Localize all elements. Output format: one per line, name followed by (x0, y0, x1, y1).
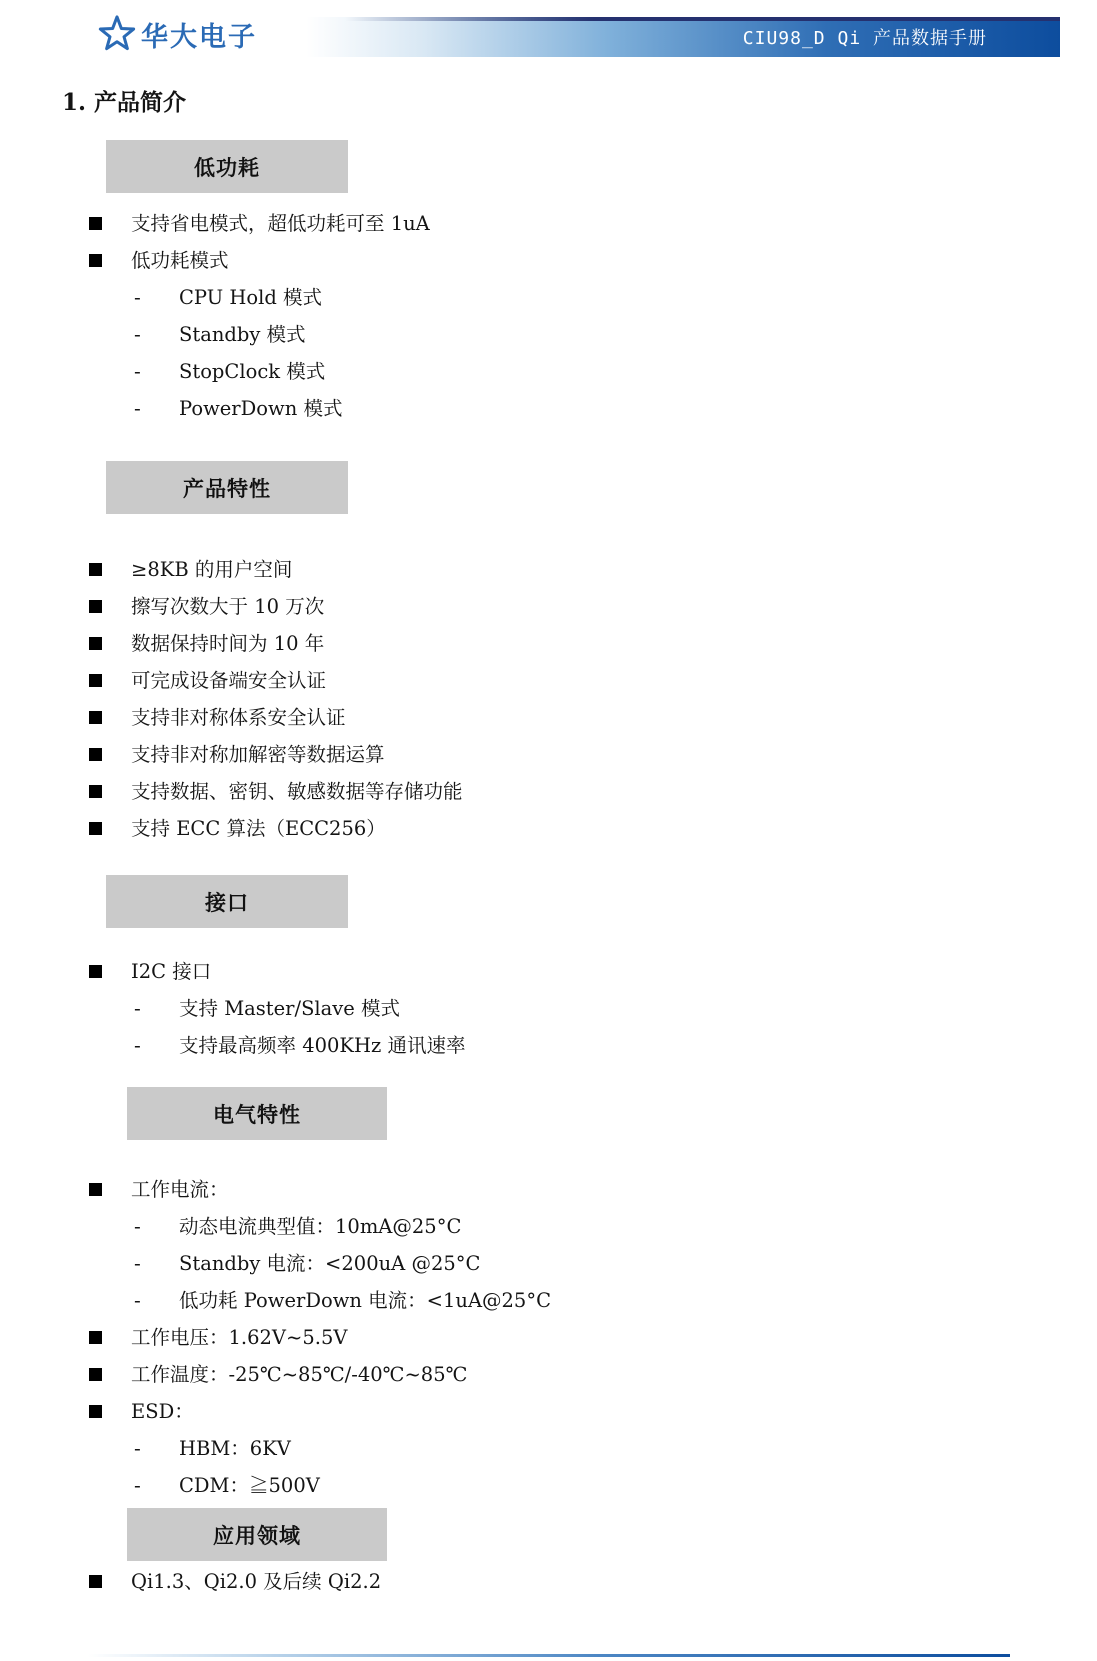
dash-bullet-icon (134, 316, 141, 353)
bullet-item: 数据保持时间为 10 年 (88, 625, 1048, 662)
bullet-item: 支持 ECC 算法（ECC256） (88, 810, 1048, 847)
dash-bullet-icon (134, 353, 141, 390)
bullet-text: Standby 电流：<200uA @25°C (179, 1252, 480, 1275)
dash-bullet-icon (134, 1208, 141, 1245)
bullet-text: CPU Hold 模式 (179, 286, 322, 309)
section-box-low-power: 低功耗 (106, 140, 348, 193)
bullet-text: 工作电流： (131, 1178, 229, 1201)
company-logo: 华大电子 (98, 14, 257, 54)
features-list: ≥8KB 的用户空间 擦写次数大于 10 万次 数据保持时间为 10 年 可完成… (88, 551, 1048, 847)
bullet-item: ESD： (88, 1393, 1048, 1430)
section-box-features: 产品特性 (106, 461, 348, 514)
bullet-text: 工作温度：-25℃~85℃/-40℃~85℃ (131, 1363, 467, 1386)
bullet-text: ≥8KB 的用户空间 (131, 558, 292, 581)
bullet-item: I2C 接口 (88, 953, 1048, 990)
bullet-text: 支持数据、密钥、敏感数据等存储功能 (131, 780, 463, 803)
sub-bullet-item: 支持最高频率 400KHz 通讯速率 (88, 1027, 1048, 1064)
bullet-text: 低功耗 PowerDown 电流：<1uA@25°C (179, 1289, 551, 1312)
sub-bullet-item: 支持 Master/Slave 模式 (88, 990, 1048, 1027)
bullet-text: 低功耗模式 (131, 249, 229, 272)
sub-bullet-item: StopClock 模式 (88, 353, 1048, 390)
page-title: 1. 产品简介 (62, 84, 186, 117)
square-bullet-icon (89, 563, 102, 576)
logo-text: 华大电子 (141, 15, 257, 54)
header-bar: CIU98_D Qi 产品数据手册 (283, 17, 1060, 57)
square-bullet-icon (89, 965, 102, 978)
bullet-item: 支持非对称体系安全认证 (88, 699, 1048, 736)
bullet-text: 工作电压：1.62V~5.5V (131, 1326, 347, 1349)
sub-bullet-item: CPU Hold 模式 (88, 279, 1048, 316)
bullet-text: 支持非对称加解密等数据运算 (131, 743, 385, 766)
dash-bullet-icon (134, 1282, 141, 1319)
square-bullet-icon (89, 1331, 102, 1344)
square-bullet-icon (89, 748, 102, 761)
square-bullet-icon (89, 822, 102, 835)
bullet-text: 支持 Master/Slave 模式 (179, 997, 400, 1020)
datasheet-page: 华大电子 CIU98_D Qi 产品数据手册 1. 产品简介 低功耗 产品特性 … (0, 0, 1097, 1661)
bullet-text: I2C 接口 (131, 960, 211, 983)
low-power-list: 支持省电模式，超低功耗可至 1uA 低功耗模式 CPU Hold 模式 Stan… (88, 205, 1048, 427)
bullet-item: ≥8KB 的用户空间 (88, 551, 1048, 588)
bullet-item: Qi1.3、Qi2.0 及后续 Qi2.2 (88, 1563, 1048, 1600)
square-bullet-icon (89, 711, 102, 724)
dash-bullet-icon (134, 279, 141, 316)
bullet-item: 擦写次数大于 10 万次 (88, 588, 1048, 625)
sub-bullet-item: HBM：6KV (88, 1430, 1048, 1467)
bullet-text: 支持非对称体系安全认证 (131, 706, 346, 729)
square-bullet-icon (89, 217, 102, 230)
doc-title: CIU98_D Qi 产品数据手册 (743, 24, 987, 50)
square-bullet-icon (89, 1575, 102, 1588)
square-bullet-icon (89, 600, 102, 613)
dash-bullet-icon (134, 390, 141, 427)
sub-bullet-item: 低功耗 PowerDown 电流：<1uA@25°C (88, 1282, 1048, 1319)
bullet-text: Qi1.3、Qi2.0 及后续 Qi2.2 (131, 1570, 381, 1593)
bullet-text: StopClock 模式 (179, 360, 325, 383)
square-bullet-icon (89, 1405, 102, 1418)
dash-bullet-icon (134, 1245, 141, 1282)
square-bullet-icon (89, 1368, 102, 1381)
bullet-item: 工作温度：-25℃~85℃/-40℃~85℃ (88, 1356, 1048, 1393)
bullet-text: ESD： (131, 1400, 194, 1423)
bullet-text: PowerDown 模式 (179, 397, 342, 420)
dash-bullet-icon (134, 1467, 141, 1504)
bullet-item: 低功耗模式 (88, 242, 1048, 279)
bullet-text: Standby 模式 (179, 323, 306, 346)
section-box-electrical: 电气特性 (127, 1087, 387, 1140)
electrical-list: 工作电流： 动态电流典型值：10mA@25°C Standby 电流：<200u… (88, 1171, 1048, 1504)
bullet-text: HBM：6KV (179, 1437, 291, 1460)
square-bullet-icon (89, 674, 102, 687)
bullet-text: 支持省电模式，超低功耗可至 1uA (131, 212, 430, 235)
dash-bullet-icon (134, 990, 141, 1027)
square-bullet-icon (89, 785, 102, 798)
sub-bullet-item: CDM：≧500V (88, 1467, 1048, 1504)
bullet-item: 支持数据、密钥、敏感数据等存储功能 (88, 773, 1048, 810)
interface-list: I2C 接口 支持 Master/Slave 模式 支持最高频率 400KHz … (88, 953, 1048, 1064)
star-logo-icon (98, 14, 136, 54)
bullet-text: 支持最高频率 400KHz 通讯速率 (179, 1034, 465, 1057)
square-bullet-icon (89, 637, 102, 650)
sub-bullet-item: Standby 电流：<200uA @25°C (88, 1245, 1048, 1282)
applications-list: Qi1.3、Qi2.0 及后续 Qi2.2 (88, 1563, 1048, 1600)
bullet-text: 擦写次数大于 10 万次 (131, 595, 324, 618)
footer-divider (88, 1654, 1010, 1657)
sub-bullet-item: 动态电流典型值：10mA@25°C (88, 1208, 1048, 1245)
bullet-item: 工作电压：1.62V~5.5V (88, 1319, 1048, 1356)
dash-bullet-icon (134, 1027, 141, 1064)
bullet-item: 支持非对称加解密等数据运算 (88, 736, 1048, 773)
square-bullet-icon (89, 254, 102, 267)
bullet-text: 动态电流典型值：10mA@25°C (179, 1215, 461, 1238)
header-bar-top-stripe (283, 17, 1060, 21)
bullet-text: 可完成设备端安全认证 (131, 669, 326, 692)
sub-bullet-item: PowerDown 模式 (88, 390, 1048, 427)
section-box-applications: 应用领域 (127, 1508, 387, 1561)
bullet-text: CDM：≧500V (179, 1474, 320, 1497)
section-box-interface: 接口 (106, 875, 348, 928)
bullet-text: 数据保持时间为 10 年 (131, 632, 324, 655)
bullet-text: 支持 ECC 算法（ECC256） (131, 817, 386, 840)
dash-bullet-icon (134, 1430, 141, 1467)
square-bullet-icon (89, 1183, 102, 1196)
bullet-item: 工作电流： (88, 1171, 1048, 1208)
sub-bullet-item: Standby 模式 (88, 316, 1048, 353)
bullet-item: 支持省电模式，超低功耗可至 1uA (88, 205, 1048, 242)
bullet-item: 可完成设备端安全认证 (88, 662, 1048, 699)
